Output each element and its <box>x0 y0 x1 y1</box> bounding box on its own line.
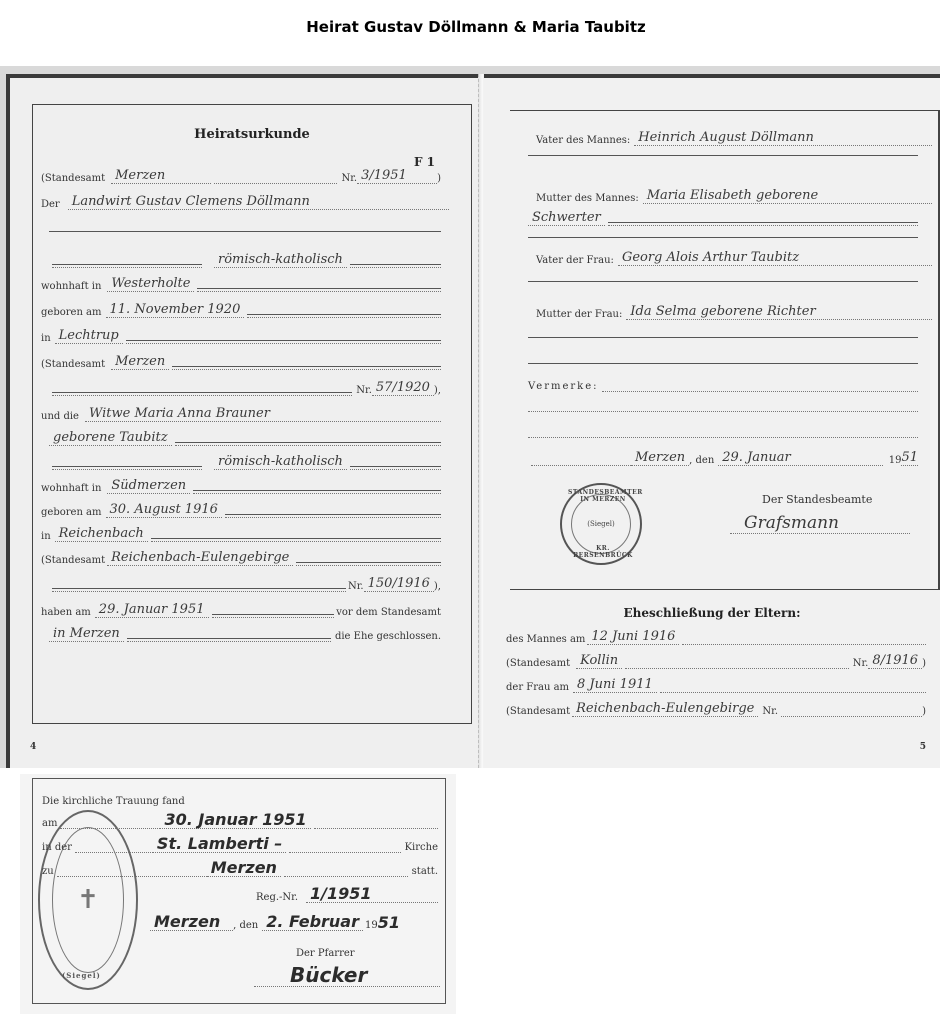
bride-residence-row: wohnhaft in Südmerzen <box>41 479 441 494</box>
groom-father: Heinrich August Döllmann <box>634 131 932 146</box>
church-sign-date: 2. Februar <box>262 914 363 931</box>
register-number: 3/1951 <box>357 169 437 184</box>
church-wedding-card: ✝ (Siegel) Die kirchliche Trauung fand a… <box>20 774 456 1014</box>
groom-mother-maiden: Schwerter <box>528 211 605 226</box>
groom-father-row: Vater des Mannes: Heinrich August Döllma… <box>536 131 932 146</box>
church-reg-row: Reg.-Nr. 1/1951 <box>256 886 438 903</box>
registrar-stamp: (Siegel) STANDESBEAMTER IN MERZEN KR. BE… <box>560 483 642 565</box>
standesamt-row: (Standesamt Merzen Nr. 3/1951 ) <box>41 169 441 184</box>
bride-nr-row: Nr. 150/1916 ), <box>49 577 441 592</box>
groom-residence: Westerholte <box>107 277 194 292</box>
marriage-date: 29. Januar 1951 <box>95 603 209 618</box>
pastor-signature-row: Bücker <box>254 964 440 987</box>
bride-religion: römisch-katholisch <box>214 455 347 470</box>
marriage-date-row: haben am 29. Januar 1951 vor dem Standes… <box>41 603 441 618</box>
church-reg-nr: 1/1951 <box>306 886 438 903</box>
parents-marriage-title: Eheschließung der Eltern: <box>484 606 940 620</box>
church-date-row: am 30. Januar 1951 <box>42 812 438 829</box>
issue-place-date-row: Merzen , den 29. Januar 19 51 <box>528 451 918 466</box>
groom-parents-nr: 8/1916 <box>868 654 922 669</box>
groom-parents-standesamt-row: (Standesamt Kollin Nr. 8/1916 ) <box>506 654 926 669</box>
remarks-row: Vermerke: <box>528 381 918 392</box>
church-sign-place: Merzen <box>150 914 233 931</box>
groom-religion: römisch-katholisch <box>214 253 347 268</box>
registrar-signature-row: Grafsmann <box>730 513 910 534</box>
bride-name-row: und die Witwe Maria Anna Brauner <box>41 407 441 422</box>
bride-birth-nr: 150/1916 <box>364 577 434 592</box>
bride-father: Georg Alois Arthur Taubitz <box>618 251 932 266</box>
booklet-scan: F 1 Heiratsurkunde (Standesamt Merzen Nr… <box>0 66 940 768</box>
groom-parents-marriage-date: 12 Juni 1916 <box>587 630 679 645</box>
church-wedding-date: 30. Januar 1951 <box>160 812 310 829</box>
groom-name: Landwirt Gustav Clemens Döllmann <box>68 195 449 210</box>
groom-religion-row: römisch-katholisch <box>49 253 441 268</box>
groom-standesamt: Merzen <box>111 355 169 370</box>
groom-birthdate-row: geboren am 11. November 1920 <box>41 303 441 318</box>
bride-maiden-name: geborene Taubitz <box>49 431 172 446</box>
bride-parents-marriage-date: 8 Juni 1911 <box>573 678 657 693</box>
bride-birthdate-row: geboren am 30. August 1916 <box>41 503 441 518</box>
groom-standesamt-row: (Standesamt Merzen <box>41 355 441 370</box>
marriage-place: in Merzen <box>49 627 124 642</box>
church-sign-year: 51 <box>378 915 400 931</box>
bride-father-row: Vater der Frau: Georg Alois Arthur Taubi… <box>536 251 932 266</box>
bride-maiden-row: geborene Taubitz <box>49 431 441 446</box>
groom-birthplace: Lechtrup <box>55 329 123 344</box>
bride-residence: Südmerzen <box>107 479 190 494</box>
page-right: Vater des Mannes: Heinrich August Döllma… <box>484 74 940 768</box>
bride-name: Witwe Maria Anna Brauner <box>85 407 441 422</box>
groom-residence-row: wohnhaft in Westerholte <box>41 277 441 292</box>
registrar-signature: Grafsmann <box>730 513 910 534</box>
issue-year: 51 <box>901 451 918 466</box>
page-number-left: 4 <box>30 742 36 752</box>
page-left: F 1 Heiratsurkunde (Standesamt Merzen Nr… <box>6 74 480 768</box>
bride-mother: Ida Selma geborene Richter <box>626 305 932 320</box>
groom-name-row: Der Landwirt Gustav Clemens Döllmann <box>41 195 449 210</box>
standesamt-value: Merzen <box>111 169 211 184</box>
issue-place: Merzen <box>631 451 689 466</box>
bride-religion-row: römisch-katholisch <box>49 455 441 470</box>
pastor-signature: Bücker <box>254 964 440 987</box>
document-title: Heirat Gustav Döllmann & Maria Taubitz <box>0 18 940 36</box>
marriage-place-row: in Merzen die Ehe geschlossen. <box>49 627 441 642</box>
certificate-title: Heiratsurkunde <box>33 127 471 142</box>
form-code: F 1 <box>414 155 435 169</box>
church-place: Merzen <box>207 860 281 877</box>
groom-parents-marriage-row: des Mannes am 12 Juni 1916 <box>506 630 926 645</box>
bride-birthplace: Reichenbach <box>55 527 148 542</box>
bride-parents-marriage-row: der Frau am 8 Juni 1911 <box>506 678 926 693</box>
groom-mother-row: Mutter des Mannes: Maria Elisabeth gebor… <box>536 189 932 204</box>
groom-mother: Maria Elisabeth geborene <box>643 189 932 204</box>
groom-birth-nr: 57/1920 <box>372 381 434 396</box>
bride-standesamt: Reichenbach-Eulengebirge <box>107 551 293 566</box>
groom-nr-row: Nr. 57/1920 ), <box>49 381 441 396</box>
registrar-label: Der Standesbeamte <box>762 493 872 506</box>
church-name: St. Lamberti – <box>153 836 286 853</box>
groom-mother-cont-row: Schwerter <box>528 211 918 226</box>
bride-birthdate: 30. August 1916 <box>106 503 222 518</box>
groom-birthplace-row: in Lechtrup <box>41 329 441 344</box>
parents-frame: Vater des Mannes: Heinrich August Döllma… <box>510 110 940 590</box>
bride-parents-standesamt-row: (Standesamt Reichenbach-Eulengebirge Nr.… <box>506 702 926 717</box>
issue-date: 29. Januar <box>718 451 882 466</box>
bride-standesamt-row: (Standesamt Reichenbach-Eulengebirge <box>41 551 441 566</box>
groom-birthdate: 11. November 1920 <box>106 303 245 318</box>
pastor-label: Der Pfarrer <box>296 948 355 959</box>
bride-parents-standesamt: Reichenbach-Eulengebirge <box>572 702 758 717</box>
groom-parents-standesamt: Kollin <box>576 654 622 669</box>
page-number-right: 5 <box>920 742 926 752</box>
church-name-row: in der St. Lamberti – Kirche <box>42 836 438 853</box>
bride-mother-row: Mutter der Frau: Ida Selma geborene Rich… <box>536 305 932 320</box>
church-intro: Die kirchliche Trauung fand <box>42 796 185 807</box>
church-sign-date-row: Merzen , den 2. Februar 19 51 <box>150 914 400 931</box>
certificate-frame: F 1 Heiratsurkunde (Standesamt Merzen Nr… <box>32 104 472 724</box>
church-place-row: zu Merzen statt. <box>42 860 438 877</box>
bride-birthplace-row: in Reichenbach <box>41 527 441 542</box>
